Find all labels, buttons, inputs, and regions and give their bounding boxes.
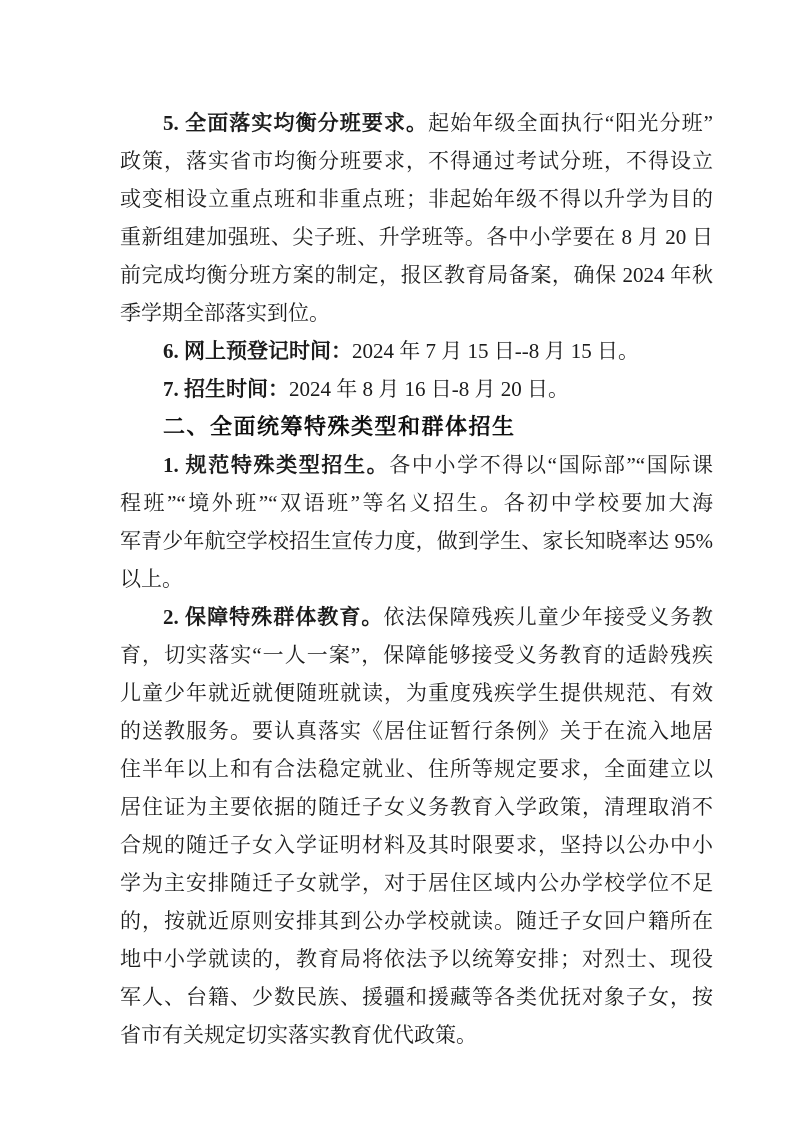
paragraph-text: 或变相设立重点班和非重点班；非起始年级不得以升学为目的 <box>120 187 713 211</box>
paragraph: 5. 全面落实均衡分班要求。起始年级全面执行“阳光分班”政策，落实省市均衡分班要… <box>120 104 713 332</box>
text-line: 省市有关规定切实落实教育优代政策。 <box>120 1016 713 1054</box>
paragraph-text: 以上。 <box>120 567 183 591</box>
paragraph-text: 的送教服务。要认真落实《居住证暂行条例》关于在流入地居 <box>120 719 713 743</box>
paragraph-text: 重新组建加强班、尖子班、升学班等。各中小学要在 8 月 20 日 <box>120 225 713 249</box>
text-line: 的，按就近原则安排其到公办学校就读。随迁子女回户籍所在 <box>120 902 713 940</box>
paragraph-lead: 2. 保障特殊群体教育。 <box>163 605 383 629</box>
text-line: 6. 网上预登记时间：2024 年 7 月 15 日--8 月 15 日。 <box>120 332 713 370</box>
paragraph-lead: 二、全面统筹特殊类型和群体招生 <box>163 414 516 439</box>
paragraph-text: 依法保障残疾儿童少年接受义务教 <box>383 605 713 629</box>
text-line: 5. 全面落实均衡分班要求。起始年级全面执行“阳光分班” <box>120 104 713 142</box>
document-page: 5. 全面落实均衡分班要求。起始年级全面执行“阳光分班”政策，落实省市均衡分班要… <box>0 0 793 1122</box>
text-line: 程班”“境外班”“双语班”等名义招生。各初中学校要加大海 <box>120 484 713 522</box>
text-line: 政策，落实省市均衡分班要求，不得通过考试分班，不得设立 <box>120 142 713 180</box>
paragraph-text: 省市有关规定切实落实教育优代政策。 <box>120 1023 477 1047</box>
paragraph-text: 合规的随迁子女入学证明材料及其时限要求，坚持以公办中小 <box>120 833 713 857</box>
text-line: 的送教服务。要认真落实《居住证暂行条例》关于在流入地居 <box>120 712 713 750</box>
text-line: 军人、台籍、少数民族、援疆和援藏等各类优抚对象子女，按 <box>120 978 713 1016</box>
paragraph-lead: 1. 规范特殊类型招生。 <box>163 453 389 477</box>
text-line: 季学期全部落实到位。 <box>120 294 713 332</box>
text-line: 军青少年航空学校招生宣传力度，做到学生、家长知晓率达 95% <box>120 522 713 560</box>
text-line: 前完成均衡分班方案的制定，报区教育局备案，确保 2024 年秋 <box>120 256 713 294</box>
paragraph-lead: 5. 全面落实均衡分班要求。 <box>163 111 428 135</box>
paragraph: 1. 规范特殊类型招生。各中小学不得以“国际部”“国际课程班”“境外班”“双语班… <box>120 446 713 598</box>
paragraph-text: 军青少年航空学校招生宣传力度，做到学生、家长知晓率达 95% <box>120 529 713 553</box>
section-heading: 二、全面统筹特殊类型和群体招生 <box>120 408 713 446</box>
paragraph-text: 各中小学不得以“国际部”“国际课 <box>389 453 713 477</box>
text-line: 重新组建加强班、尖子班、升学班等。各中小学要在 8 月 20 日 <box>120 218 713 256</box>
paragraph-text: 军人、台籍、少数民族、援疆和援藏等各类优抚对象子女，按 <box>120 985 713 1009</box>
paragraph-text: 的，按就近原则安排其到公办学校就读。随迁子女回户籍所在 <box>120 909 713 933</box>
paragraph: 7. 招生时间：2024 年 8 月 16 日-8 月 20 日。 <box>120 370 713 408</box>
text-line: 二、全面统筹特殊类型和群体招生 <box>120 408 713 446</box>
paragraph: 2. 保障特殊群体教育。依法保障残疾儿童少年接受义务教育，切实落实“一人一案”，… <box>120 598 713 1054</box>
paragraph-text: 政策，落实省市均衡分班要求，不得通过考试分班，不得设立 <box>120 149 713 173</box>
paragraph-text: 前完成均衡分班方案的制定，报区教育局备案，确保 2024 年秋 <box>120 263 713 287</box>
text-line: 地中小学就读的，教育局将依法予以统筹安排；对烈士、现役 <box>120 940 713 978</box>
text-line: 7. 招生时间：2024 年 8 月 16 日-8 月 20 日。 <box>120 370 713 408</box>
text-line: 2. 保障特殊群体教育。依法保障残疾儿童少年接受义务教 <box>120 598 713 636</box>
text-line: 住半年以上和有合法稳定就业、住所等规定要求，全面建立以 <box>120 750 713 788</box>
paragraph-text: 季学期全部落实到位。 <box>120 301 330 325</box>
text-line: 1. 规范特殊类型招生。各中小学不得以“国际部”“国际课 <box>120 446 713 484</box>
paragraph-text: 地中小学就读的，教育局将依法予以统筹安排；对烈士、现役 <box>120 947 713 971</box>
paragraph-text: 起始年级全面执行“阳光分班” <box>428 111 713 135</box>
text-line: 儿童少年就近就便随班就读，为重度残疾学生提供规范、有效 <box>120 674 713 712</box>
text-line: 居住证为主要依据的随迁子女义务教育入学政策，清理取消不 <box>120 788 713 826</box>
paragraph-lead: 7. 招生时间： <box>163 377 289 401</box>
paragraph-text: 育，切实落实“一人一案”，保障能够接受义务教育的适龄残疾 <box>120 643 713 667</box>
text-line: 以上。 <box>120 560 713 598</box>
text-line: 学为主安排随迁子女就学，对于居住区域内公办学校学位不足 <box>120 864 713 902</box>
text-line: 育，切实落实“一人一案”，保障能够接受义务教育的适龄残疾 <box>120 636 713 674</box>
paragraph-lead: 6. 网上预登记时间： <box>163 339 352 363</box>
paragraph-text: 2024 年 8 月 16 日-8 月 20 日。 <box>289 377 569 401</box>
text-line: 或变相设立重点班和非重点班；非起始年级不得以升学为目的 <box>120 180 713 218</box>
paragraph-text: 学为主安排随迁子女就学，对于居住区域内公办学校学位不足 <box>120 871 713 895</box>
paragraph-text: 2024 年 7 月 15 日--8 月 15 日。 <box>352 339 639 363</box>
text-line: 合规的随迁子女入学证明材料及其时限要求，坚持以公办中小 <box>120 826 713 864</box>
paragraph: 6. 网上预登记时间：2024 年 7 月 15 日--8 月 15 日。 <box>120 332 713 370</box>
paragraph-text: 住半年以上和有合法稳定就业、住所等规定要求，全面建立以 <box>120 757 713 781</box>
paragraph-text: 儿童少年就近就便随班就读，为重度残疾学生提供规范、有效 <box>120 681 713 705</box>
paragraph-text: 程班”“境外班”“双语班”等名义招生。各初中学校要加大海 <box>120 491 713 515</box>
document-content: 5. 全面落实均衡分班要求。起始年级全面执行“阳光分班”政策，落实省市均衡分班要… <box>120 104 713 1054</box>
paragraph-text: 居住证为主要依据的随迁子女义务教育入学政策，清理取消不 <box>120 795 713 819</box>
